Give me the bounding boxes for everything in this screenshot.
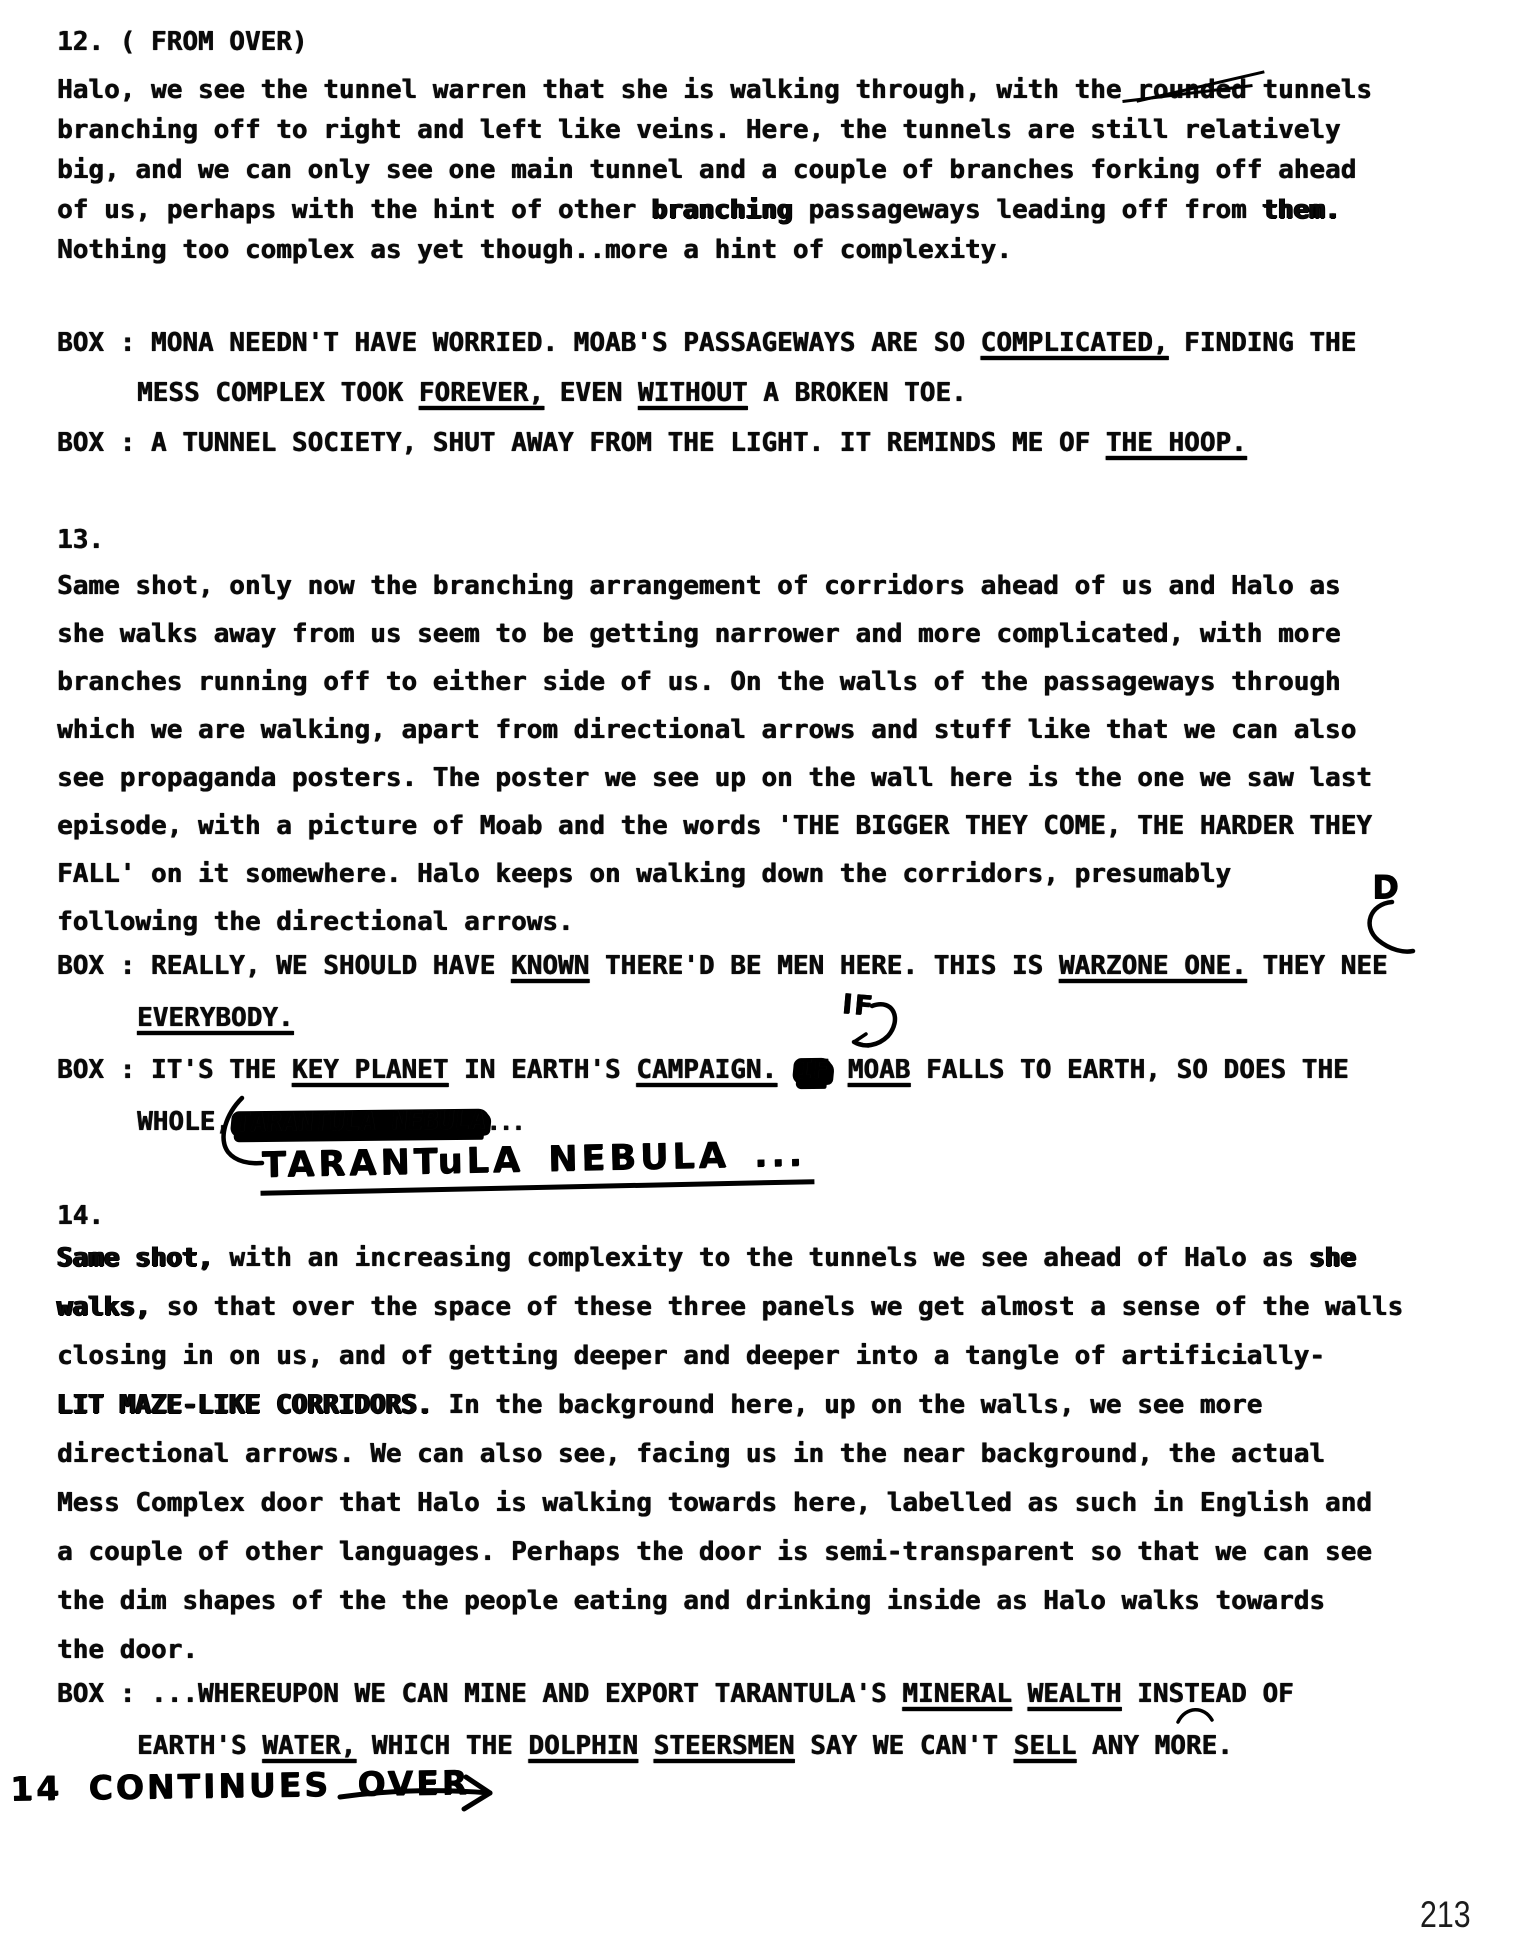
typed-text: Nothing too complex as yet though..more … xyxy=(57,235,1012,265)
typed-text: EARTH'S xyxy=(137,1731,262,1761)
page-number: 213 xyxy=(1420,1894,1471,1936)
typed-text: which we are walking, apart from directi… xyxy=(57,715,1356,745)
typed-line: Mess Complex door that Halo is walking t… xyxy=(57,1479,1526,1528)
typed-text: SAY WE CAN'T xyxy=(794,1731,1013,1761)
underlined-word: WARZONE ONE. xyxy=(1059,951,1247,981)
typed-text: the dim shapes of the the people eating … xyxy=(57,1586,1325,1616)
typed-text xyxy=(1012,1679,1028,1709)
typed-line: 12. ( FROM OVER) xyxy=(57,22,1526,62)
underlined-word: COMPLICATED, xyxy=(981,328,1169,358)
block-p12: Halo, we see the tunnel warren that she … xyxy=(57,70,1526,270)
typed-text xyxy=(777,1055,793,1085)
typed-line: walks, so that over the space of these t… xyxy=(57,1283,1526,1332)
typed-text: the door. xyxy=(57,1635,198,1665)
typed-text: BOX : MONA NEEDN'T HAVE WORRIED. MOAB'S … xyxy=(57,328,981,358)
typed-line: FALL' on it somewhere. Halo keeps on wal… xyxy=(57,850,1526,898)
typed-text: A BROKEN TOE. xyxy=(748,378,967,408)
typed-text: 12. ( FROM OVER) xyxy=(57,27,307,57)
typed-text: big, and we can only see one main tunnel… xyxy=(57,155,1356,185)
block-h13: 13. xyxy=(57,520,1526,560)
typed-text: 14. xyxy=(57,1201,104,1231)
typed-line: 14. xyxy=(57,1196,1526,1236)
typed-line: see propaganda posters. The poster we se… xyxy=(57,754,1526,802)
underlined-word: EVERYBODY. xyxy=(137,1003,294,1033)
typed-text: ... xyxy=(489,1111,526,1136)
typed-line: a couple of other languages. Perhaps the… xyxy=(57,1528,1526,1577)
typed-line: 13. xyxy=(57,520,1526,560)
block-h12: 12. ( FROM OVER) xyxy=(57,22,1526,62)
ink-blot: TARANTULA NEBULA xyxy=(230,1109,491,1138)
underlined-word: WATER, xyxy=(262,1731,356,1761)
typed-text: FALLS TO EARTH, SO DOES THE xyxy=(910,1055,1348,1085)
block-h14: 14. xyxy=(57,1196,1526,1236)
typed-line: MESS COMPLEX TOOK FOREVER, EVEN WITHOUT … xyxy=(57,368,1526,418)
typed-line: EVERYBODY. xyxy=(57,992,1526,1044)
typed-text: episode, with a picture of Moab and the … xyxy=(57,811,1372,841)
underlined-word: WEALTH xyxy=(1028,1679,1122,1709)
typed-text: she xyxy=(1309,1243,1356,1273)
block-box12: BOX : MONA NEEDN'T HAVE WORRIED. MOAB'S … xyxy=(57,318,1526,468)
typed-text: tunnels xyxy=(1247,75,1372,105)
typed-line: episode, with a picture of Moab and the … xyxy=(57,802,1526,850)
ink-blot: IF xyxy=(791,1058,833,1085)
typed-text: THEY NEE xyxy=(1247,951,1388,981)
typed-line: which we are walking, apart from directi… xyxy=(57,706,1526,754)
typed-line: LIT MAZE-LIKE CORRIDORS. In the backgrou… xyxy=(57,1381,1526,1430)
typed-text: FINDING THE xyxy=(1168,328,1356,358)
typed-text: passageways leading off from xyxy=(793,195,1263,225)
typed-text: EVEN xyxy=(544,378,638,408)
underlined-word: MOAB xyxy=(848,1055,911,1085)
underlined-word: KEY PLANET xyxy=(292,1055,449,1085)
typed-line: Halo, we see the tunnel warren that she … xyxy=(57,70,1526,110)
typed-text xyxy=(832,1055,848,1085)
typed-line: big, and we can only see one main tunnel… xyxy=(57,150,1526,190)
typed-text: LIT MAZE-LIKE CORRIDORS. xyxy=(57,1390,433,1420)
typed-line: Same shot, only now the branching arrang… xyxy=(57,562,1526,610)
typed-text: 13. xyxy=(57,525,104,555)
underlined-word: MINERAL xyxy=(902,1679,1012,1709)
typed-text: walks, xyxy=(57,1292,151,1322)
typed-text: FALL' on it somewhere. Halo keeps on wal… xyxy=(57,859,1231,889)
underlined-word: FOREVER, xyxy=(419,378,544,408)
typed-text: BOX : A TUNNEL SOCIETY, SHUT AWAY FROM T… xyxy=(57,428,1106,458)
underlined-word: DOLPHIN xyxy=(528,1731,638,1761)
block-p14: Same shot, with an increasing complexity… xyxy=(57,1234,1526,1675)
script-page: 12. ( FROM OVER)Halo, we see the tunnel … xyxy=(0,0,1536,1959)
typed-line: BOX : A TUNNEL SOCIETY, SHUT AWAY FROM T… xyxy=(57,418,1526,468)
typed-text: WHOLE, xyxy=(137,1107,231,1137)
typed-line: Same shot, with an increasing complexity… xyxy=(57,1234,1526,1283)
typed-text: branches running off to either side of u… xyxy=(57,667,1341,697)
typed-line: BOX : ...WHEREUPON WE CAN MINE AND EXPOR… xyxy=(57,1668,1526,1720)
typed-text: BOX : ...WHEREUPON WE CAN MINE AND EXPOR… xyxy=(57,1679,902,1709)
handwritten-insert-d: D xyxy=(1372,868,1399,906)
typed-line: she walks away from us seem to be gettin… xyxy=(57,610,1526,658)
typed-line: the dim shapes of the the people eating … xyxy=(57,1577,1526,1626)
handwritten-insert-if: IF xyxy=(841,989,876,1023)
typed-text: Halo, we see the tunnel warren that she … xyxy=(57,75,1137,105)
block-box13: BOX : REALLY, WE SHOULD HAVE KNOWN THERE… xyxy=(57,940,1526,1150)
typed-text: Mess Complex door that Halo is walking t… xyxy=(57,1488,1372,1518)
typed-text: INSTEAD OF xyxy=(1121,1679,1293,1709)
typed-line: branches running off to either side of u… xyxy=(57,658,1526,706)
underlined-word: THE HOOP. xyxy=(1106,428,1247,458)
typed-line: BOX : MONA NEEDN'T HAVE WORRIED. MOAB'S … xyxy=(57,318,1526,368)
typed-text: with an increasing complexity to the tun… xyxy=(214,1243,1310,1273)
typed-line: closing in on us, and of getting deeper … xyxy=(57,1332,1526,1381)
handwritten-continues-note: 14 CONTINUES OVER xyxy=(10,1763,470,1808)
underlined-word: STEERSMEN xyxy=(654,1731,795,1761)
underlined-word: CAMPAIGN. xyxy=(636,1055,777,1085)
typed-text: WHICH THE xyxy=(356,1731,528,1761)
typed-text: Same shot, xyxy=(57,1243,214,1273)
underlined-word: KNOWN xyxy=(511,951,589,981)
typed-line: following the directional arrows. xyxy=(57,898,1526,946)
typed-text: IN EARTH'S xyxy=(448,1055,636,1085)
typed-line: branching off to right and left like vei… xyxy=(57,110,1526,150)
typed-text: ANY MORE. xyxy=(1076,1731,1233,1761)
typed-text xyxy=(638,1731,654,1761)
typed-text: THERE'D BE MEN HERE. THIS IS xyxy=(589,951,1059,981)
underlined-word: WITHOUT xyxy=(638,378,748,408)
typed-line: of us, perhaps with the hint of other br… xyxy=(57,190,1526,230)
typed-text: In the background here, up on the walls,… xyxy=(433,1390,1263,1420)
typed-line: Nothing too complex as yet though..more … xyxy=(57,230,1526,270)
block-box14: BOX : ...WHEREUPON WE CAN MINE AND EXPOR… xyxy=(57,1668,1526,1772)
typed-text: BOX : REALLY, WE SHOULD HAVE xyxy=(57,951,511,981)
typed-text: see propaganda posters. The poster we se… xyxy=(57,763,1372,793)
struck-word: rounded xyxy=(1137,75,1247,105)
typed-text: branching xyxy=(652,195,793,225)
typescript-text: 12. ( FROM OVER)Halo, we see the tunnel … xyxy=(0,0,1536,1959)
typed-line: BOX : IT'S THE KEY PLANET IN EARTH'S CAM… xyxy=(57,1044,1526,1096)
underlined-word: SELL xyxy=(1014,1731,1077,1761)
typed-text: MESS COMPLEX TOOK xyxy=(137,378,419,408)
typed-text: BOX : IT'S THE xyxy=(57,1055,292,1085)
typed-text: a couple of other languages. Perhaps the… xyxy=(57,1537,1372,1567)
typed-line: directional arrows. We can also see, fac… xyxy=(57,1430,1526,1479)
block-p13: Same shot, only now the branching arrang… xyxy=(57,562,1526,946)
typed-text: following the directional arrows. xyxy=(57,907,574,937)
typed-text: she walks away from us seem to be gettin… xyxy=(57,619,1341,649)
typed-text: directional arrows. We can also see, fac… xyxy=(57,1439,1325,1469)
typed-line: EARTH'S WATER, WHICH THE DOLPHIN STEERSM… xyxy=(57,1720,1526,1772)
typed-text: closing in on us, and of getting deeper … xyxy=(57,1341,1325,1371)
typed-text: of us, perhaps with the hint of other xyxy=(57,195,652,225)
typed-line: BOX : REALLY, WE SHOULD HAVE KNOWN THERE… xyxy=(57,940,1526,992)
typed-text: them. xyxy=(1262,195,1340,225)
typed-text: so that over the space of these three pa… xyxy=(151,1292,1403,1322)
typed-text: Same shot, only now the branching arrang… xyxy=(57,571,1341,601)
typed-text: branching off to right and left like vei… xyxy=(57,115,1341,145)
